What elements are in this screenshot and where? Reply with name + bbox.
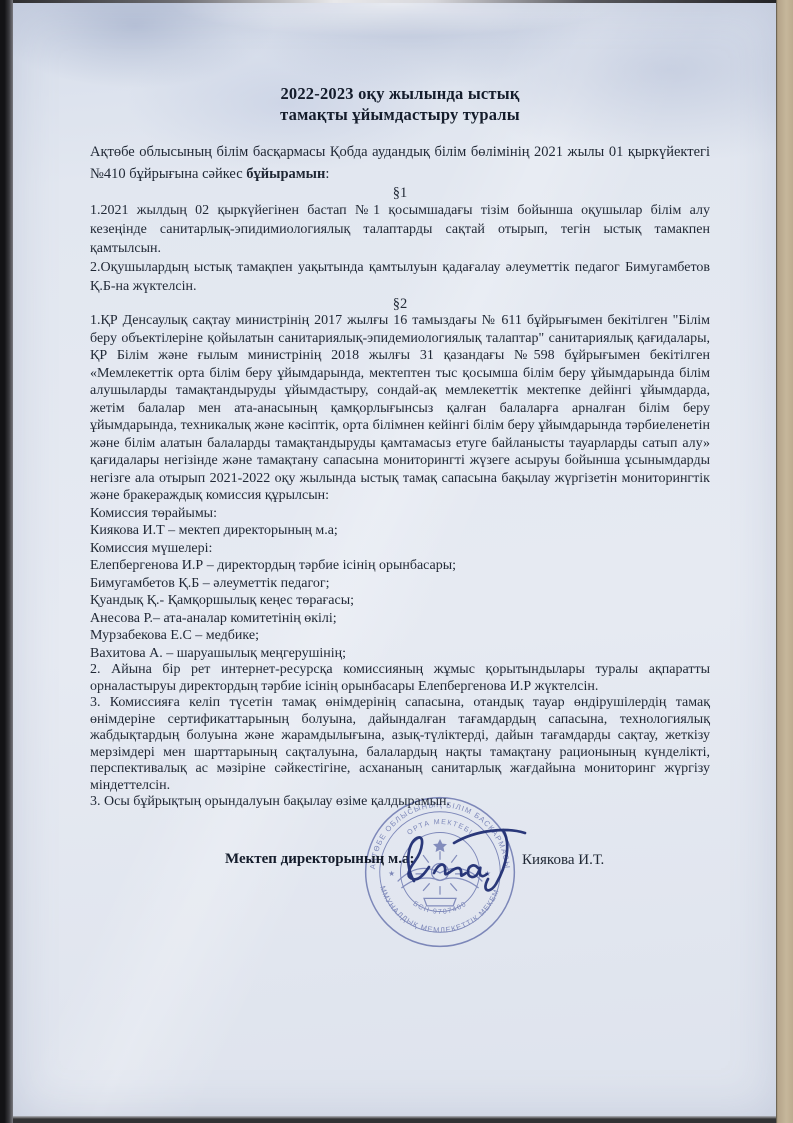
list-item: Мурзабекова Е.С – медбике; <box>90 627 710 645</box>
signature-stroke <box>434 865 466 876</box>
commission-list: Комиссия төрайымы: Киякова И.Т – мектеп … <box>90 505 710 663</box>
list-item: Анесова Р.– ата-аналар комитетінің өкілі… <box>90 610 710 628</box>
signature-stroke <box>454 830 525 843</box>
section-2-paragraph-1: 1.ҚР Денсаулық сақтау министрінің 2017 ж… <box>90 312 710 505</box>
section-2-paragraph-2: 2. Айына бір рет интернет-ресурсқа комис… <box>90 662 710 695</box>
title-line-1: 2022-2023 оқу жылында ыстық <box>90 83 710 104</box>
signature-stroke <box>408 837 429 881</box>
section-2-paragraph-3: 3. Комиссияға келіп түсетін тамақ өнімде… <box>90 695 710 794</box>
photo-edge-top <box>13 0 776 3</box>
list-item: Киякова И.Т – мектеп директорының м.а; <box>90 522 710 540</box>
list-item: Қуандық Қ.- Қамқоршылық кеңес төрағасы; <box>90 592 710 610</box>
photo-edge-left <box>0 0 13 1123</box>
intro-bold-word: бұйырамын <box>246 166 325 182</box>
list-item: Вахитова А. – шаруашылық меңгерушінің; <box>90 645 710 663</box>
intro-lead: Ақтөбе облысының білім басқармасы Қобда … <box>90 144 710 182</box>
list-item: Елепбергенова И.Р – директордың тәрбие і… <box>90 557 710 575</box>
intro-tail: : <box>325 166 329 182</box>
section-1-paragraph-1: 1.2021 жылдың 02 қыркүйегінен бастап №1 … <box>90 201 710 258</box>
signature-stroke <box>485 830 507 890</box>
signature-stroke <box>468 865 487 877</box>
section-2-mark: §2 <box>90 296 710 312</box>
list-item: Комиссия төрайымы: <box>90 505 710 523</box>
title-line-2: тамақты ұйымдастыру туралы <box>90 104 710 125</box>
handwritten-signature <box>390 819 540 905</box>
document-body: 2022-2023 оқу жылында ыстық тамақты ұйым… <box>90 79 710 811</box>
intro-paragraph: Ақтөбе облысының білім басқармасы Қобда … <box>90 141 710 185</box>
list-item: Бимугамбетов Қ.Б – әлеуметтік педагог; <box>90 575 710 593</box>
document-photo: 2022-2023 оқу жылында ыстық тамақты ұйым… <box>0 0 793 1123</box>
section-1-mark: §1 <box>90 185 710 201</box>
section-1-paragraph-2: 2.Оқушылардың ыстық тамақпен уақытында қ… <box>90 258 710 296</box>
photo-edge-right <box>776 0 793 1123</box>
list-item: Комиссия мүшелері: <box>90 540 710 558</box>
paper-sheet: 2022-2023 оқу жылында ыстық тамақты ұйым… <box>13 3 776 1116</box>
photo-edge-bottom <box>13 1116 776 1123</box>
page-title: 2022-2023 оқу жылында ыстық тамақты ұйым… <box>90 83 710 125</box>
